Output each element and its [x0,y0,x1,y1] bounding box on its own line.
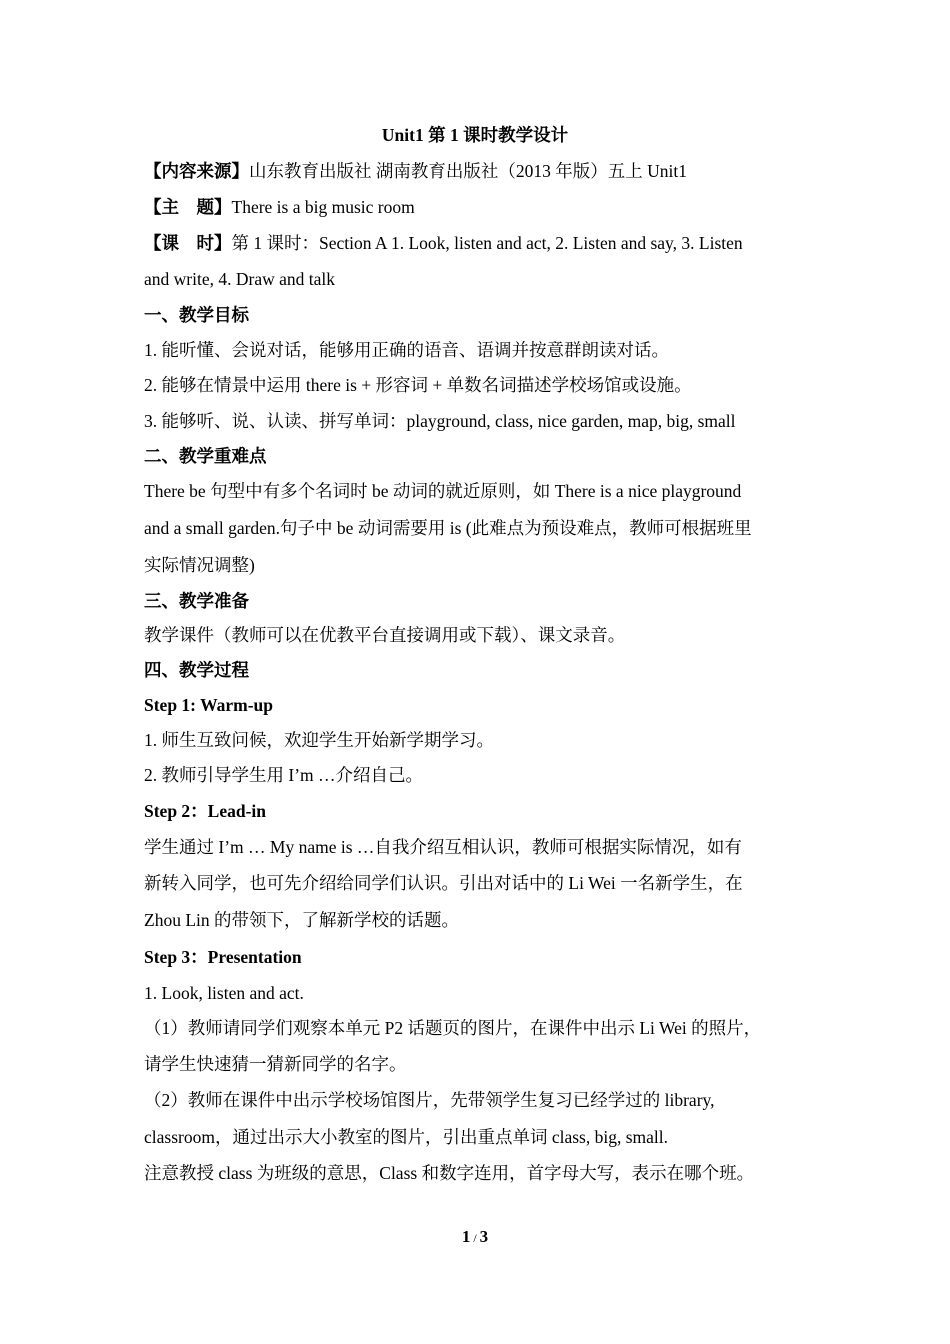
source-value: 山东教育出版社 湖南教育出版社（2013 年版）五上 Unit1 [249,161,687,181]
topic-value: There is a big music room [232,197,415,217]
document-page: Unit1 第 1 课时教学设计 【内容来源】山东教育出版社 湖南教育出版社（2… [0,0,950,1344]
period-label: 【课 时】 [144,233,232,253]
objective-item: 1. 能听懂、会说对话，能够用正确的语音、语调并按意群朗读对话。 [144,339,669,361]
current-page: 1 [462,1227,471,1246]
key-points-text: There be 句型中有多个名词时 be 动词的就近原则，如 There is… [144,480,741,502]
step2-text: 学生通过 I’m … My name is …自我介绍互相认识，教师可根据实际情… [144,836,742,858]
document-title: Unit1 第 1 课时教学设计 [0,124,950,146]
preparation-text: 教学课件（教师可以在优教平台直接调用或下载）、课文录音。 [144,624,625,646]
objective-item: 3. 能够听、说、认读、拼写单词：playground, class, nice… [144,410,736,432]
key-points-text: 实际情况调整) [144,554,255,576]
step1-heading: Step 1: Warm-up [144,694,273,716]
period-line-2: and write, 4. Draw and talk [144,268,335,290]
source-line: 【内容来源】山东教育出版社 湖南教育出版社（2013 年版）五上 Unit1 [144,160,687,182]
step1-item: 1. 师生互致问候，欢迎学生开始新学期学习。 [144,729,494,751]
step3-text: （1）教师请同学们观察本单元 P2 话题页的图片，在课件中出示 Li Wei 的… [144,1017,761,1039]
step3-text: 注意教授 class 为班级的意思，Class 和数字连用，首字母大写，表示在哪… [144,1162,754,1184]
topic-line: 【主 题】There is a big music room [144,196,415,218]
key-points-text: and a small garden.句子中 be 动词需要用 is (此难点为… [144,517,752,539]
step2-text: 新转入同学，也可先介绍给同学们认识。引出对话中的 Li Wei 一名新学生，在 [144,872,743,894]
page-number: 1/3 [0,1227,950,1247]
section-heading-preparation: 三、教学准备 [144,590,249,612]
objective-item: 2. 能够在情景中运用 there is + 形容词 + 单数名词描述学校场馆或… [144,374,692,396]
step2-text: Zhou Lin 的带领下，了解新学校的话题。 [144,909,459,931]
page-separator: / [473,1231,476,1245]
period-line: 【课 时】第 1 课时：Section A 1. Look, listen an… [144,232,743,254]
source-label: 【内容来源】 [144,161,249,181]
step2-heading: Step 2：Lead-in [144,800,266,822]
step3-text: 请学生快速猜一猜新同学的名字。 [144,1053,407,1075]
step3-heading: Step 3：Presentation [144,946,302,968]
step1-item: 2. 教师引导学生用 I’m …介绍自己。 [144,764,423,786]
section-heading-process: 四、教学过程 [144,659,249,681]
section-heading-objectives: 一、教学目标 [144,304,249,326]
step3-subheading: 1. Look, listen and act. [144,982,304,1004]
step3-text: classroom，通过出示大小教室的图片，引出重点单词 class, big,… [144,1126,668,1148]
step3-text: （2）教师在课件中出示学校场馆图片，先带领学生复习已经学过的 library, [144,1089,715,1111]
total-pages: 3 [480,1227,489,1246]
topic-label: 【主 题】 [144,197,232,217]
section-heading-key-points: 二、教学重难点 [144,445,267,467]
period-value: 第 1 课时：Section A 1. Look, listen and act… [232,233,743,253]
